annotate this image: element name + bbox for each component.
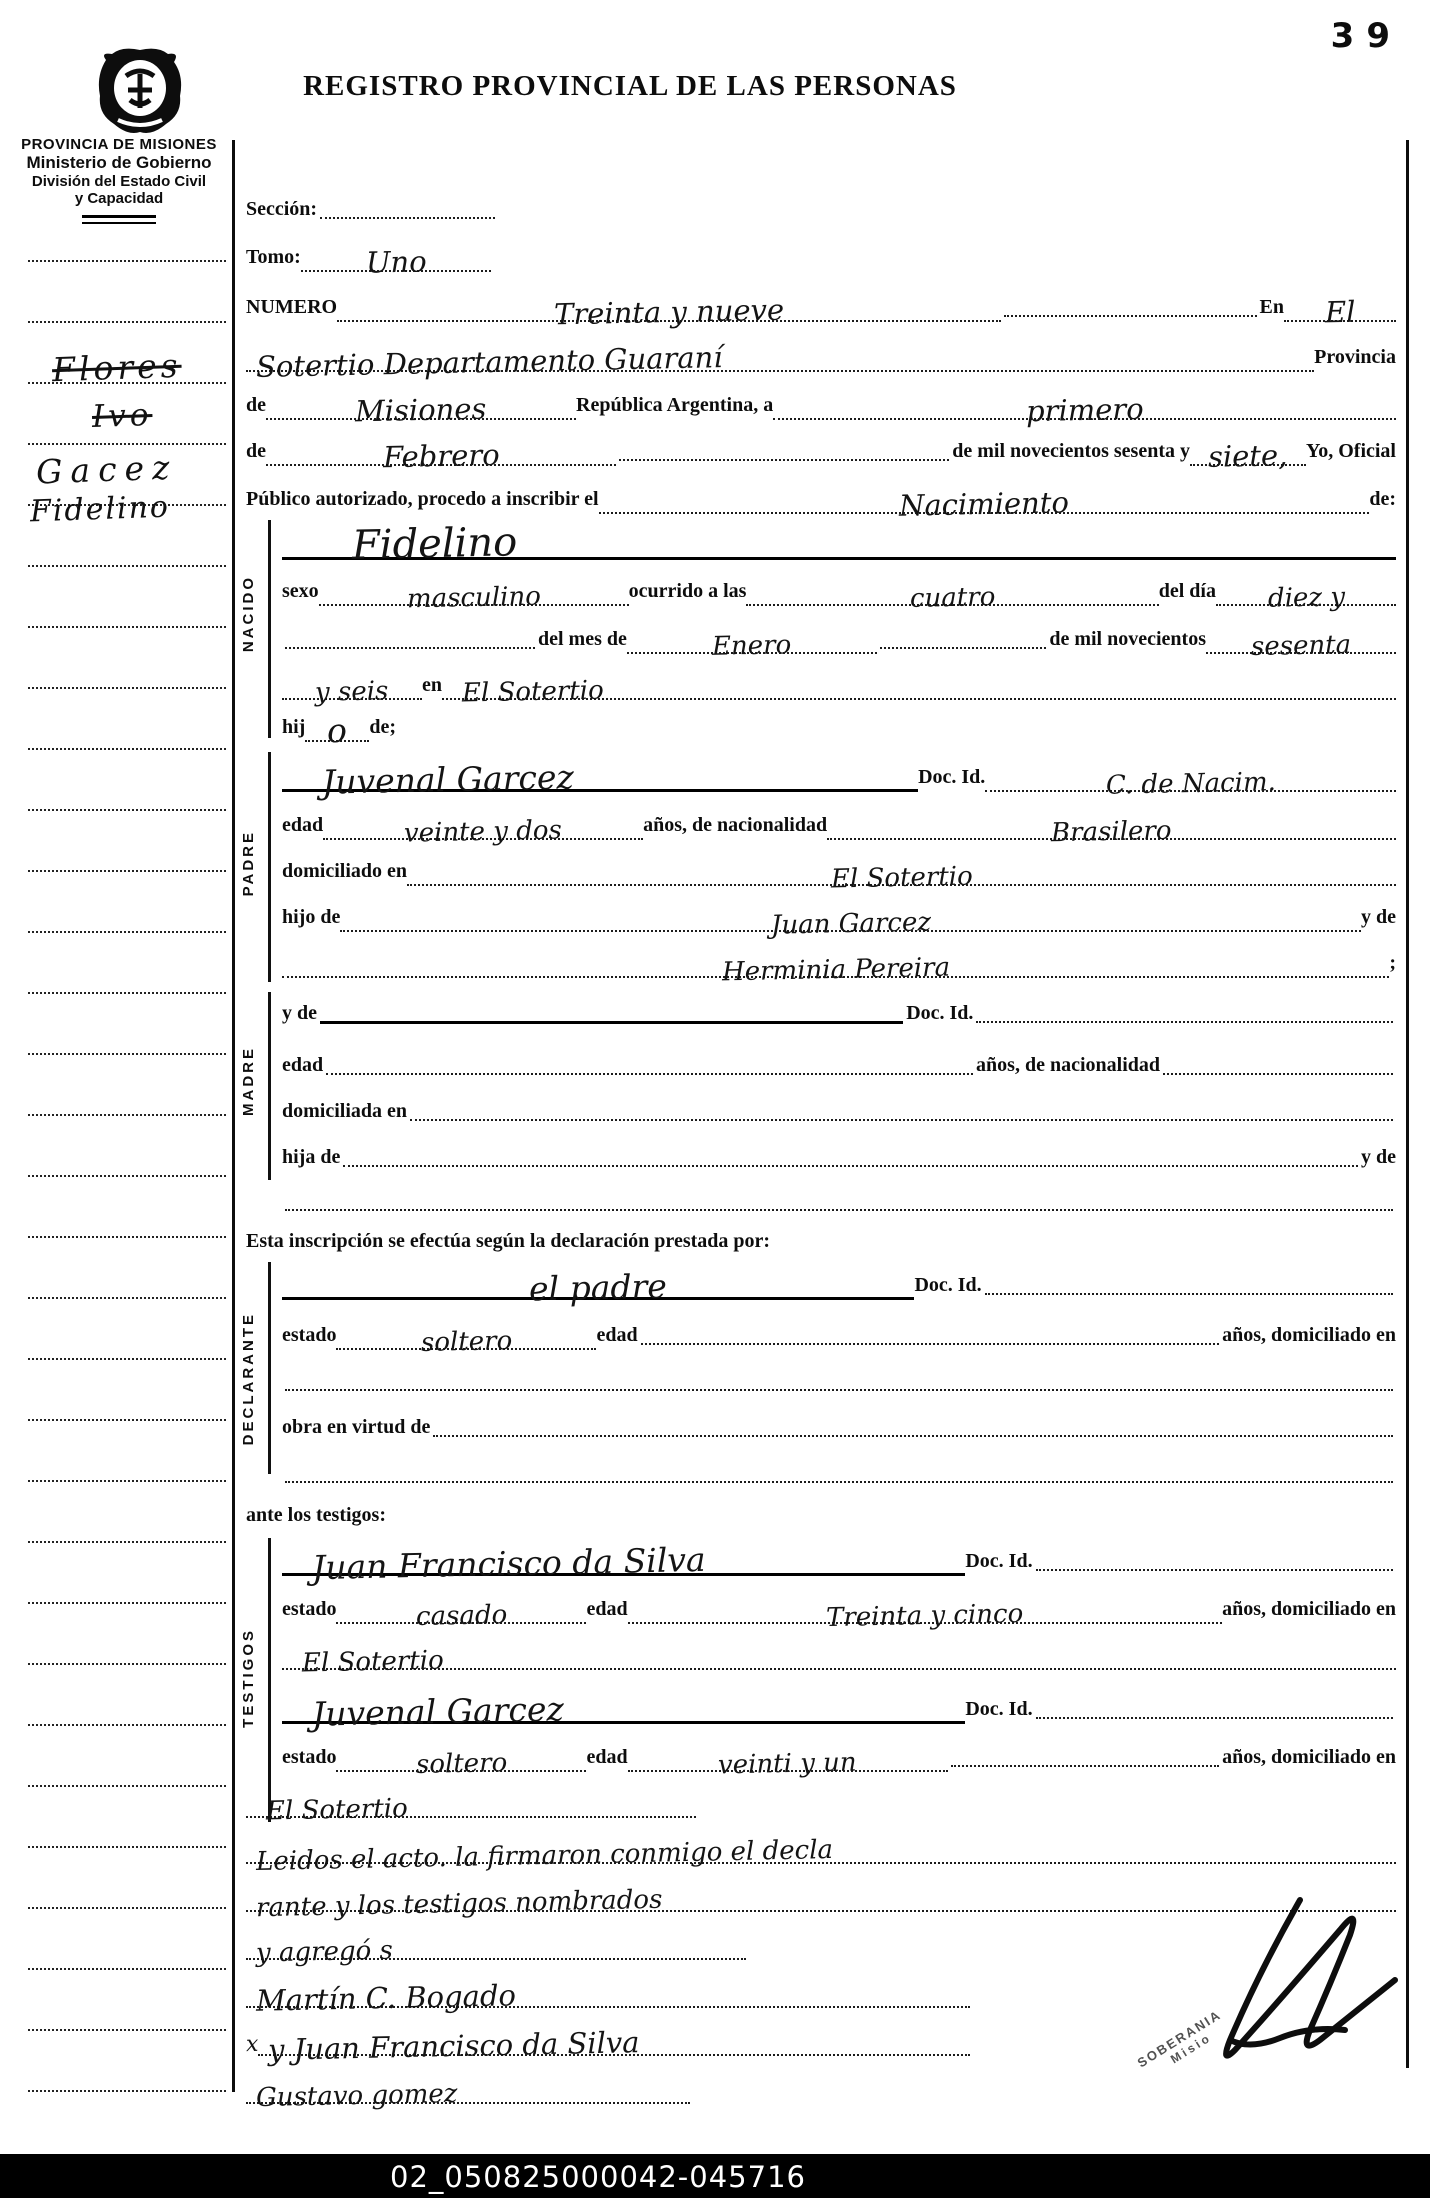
padre-nacionalidad-value: Brasilero [1051, 818, 1172, 847]
padre-domicilio-label: domiciliado en [282, 861, 407, 886]
dotted-line [433, 1433, 1393, 1437]
de-label2: de [246, 441, 266, 466]
firma1-value: Martín C. Bogado [256, 1981, 516, 2015]
madre-rule [268, 992, 271, 1180]
fecha-row: de Febrero de mil novecientos sesenta y … [246, 428, 1396, 466]
testigo1-edad-field: Treinta y cinco [628, 1603, 1223, 1624]
margin-dotted-line [28, 1785, 226, 1787]
padre-nacionalidad-field: Brasilero [827, 819, 1396, 840]
abuela-row: Herminia Pereira ; [282, 940, 1396, 978]
sexo-label: sexo [282, 581, 319, 606]
testigo2-estado-value: soltero [416, 1750, 508, 1778]
madre-name-line [320, 1019, 903, 1024]
letterhead-line3: División del Estado Civil [10, 173, 228, 190]
margin-dotted-line [28, 1175, 226, 1177]
left-frame-line [232, 140, 235, 2092]
madre-y-de2-label: y de [1361, 1147, 1396, 1172]
margin-dotted-line [28, 565, 226, 567]
de-mil-novecientos-label: de mil novecientos [1049, 629, 1206, 654]
firma2-row: x y Juan Francisco da Silva [246, 2018, 970, 2056]
margin-dotted-line [28, 687, 226, 689]
dotted-line [880, 645, 1046, 649]
testigos-intro-row: ante los testigos: [246, 1492, 1396, 1530]
margin-dotted-line [28, 931, 226, 933]
madre-edad-row: edad años, de nacionalidad [282, 1042, 1396, 1080]
de-label: de [246, 395, 266, 420]
madre-name-row: y de Doc. Id. [282, 988, 1396, 1028]
madre-domicilio-row: domiciliada en [282, 1088, 1396, 1126]
firma1-row: Martín C. Bogado [246, 1970, 970, 2008]
margin-name-flores: Flores [51, 346, 182, 389]
provincia-row: de Misiones República Argentina, a prime… [246, 382, 1396, 420]
margin-dotted-line [28, 1236, 226, 1238]
dotted-line [285, 645, 535, 649]
de-semi-label: de; [369, 717, 396, 742]
declarante-name-field: el padre [282, 1271, 914, 1300]
dia-value: primero [1025, 395, 1143, 426]
del-mes-label: del mes de [538, 629, 627, 654]
margin-dotted-line [28, 992, 226, 994]
registro-civil-scan: 39 REGISTRO PROVINCIAL DE LAS PERSONAS P… [0, 0, 1430, 2198]
lugar-nac-field: El Sotertio [442, 679, 1396, 700]
hora-value: cuatro [910, 584, 996, 612]
abuelo-row: hijo de Juan Garcez y de [282, 894, 1396, 932]
acto-row: Público autorizado, procedo a inscribir … [246, 476, 1396, 514]
testigo1-domicilio-value: El Sotertio [302, 1648, 444, 1677]
padre-name-row: Juvenal Garcez Doc. Id. C. de Nacim. [282, 748, 1396, 792]
del-dia-label: del día [1159, 581, 1216, 606]
padre-edad-row: edad veinte y dos años, de nacionalidad … [282, 802, 1396, 840]
testigo2-domiciliado-label: años, domiciliado en [1222, 1747, 1396, 1772]
obra-label: obra en virtud de [282, 1417, 430, 1442]
y-de-label: y de [1361, 907, 1396, 932]
padre-domicilio-field: El Sotertio [407, 865, 1396, 886]
departamento-field: Sotertio Departamento Guaraní [246, 348, 1314, 372]
margin-dotted-line [28, 1114, 226, 1116]
dotted-line [326, 1071, 973, 1075]
testigos-section-label: TESTIGOS [240, 1628, 257, 1728]
margin-dotted-line [28, 748, 226, 750]
page-number: 39 [1331, 16, 1402, 56]
madre-extra-row [282, 1178, 1396, 1216]
dia-nac-field: diez y [1216, 585, 1396, 606]
obra-extra-row [282, 1450, 1396, 1488]
declarante-section-label: DECLARANTE [240, 1312, 257, 1445]
margin-name-gacez: Gacez [35, 448, 178, 492]
testigo1-estado-label: estado [282, 1599, 336, 1624]
abuelo-value: Juan Garcez [770, 909, 931, 938]
dotted-line [410, 1117, 1393, 1121]
margin-dotted-line [28, 870, 226, 872]
testigo2-estado-row: estado soltero edad veinti y un años, do… [282, 1734, 1396, 1772]
abuelo-field: Juan Garcez [340, 911, 1361, 932]
cierre2-value: rante y los testigos nombrados [256, 1887, 663, 1922]
letterhead-line1: PROVINCIA DE MISIONES [10, 136, 228, 153]
tomo-field: Uno [301, 248, 491, 272]
testigo2-edad-field: veinti y un [628, 1751, 948, 1772]
margin-dotted-line [28, 626, 226, 628]
anio-nac-value: sesenta [1251, 632, 1352, 660]
padre-domicilio-row: domiciliado en El Sotertio [282, 848, 1396, 886]
departamento-row: Sotertio Departamento Guaraní Provincia [246, 334, 1396, 372]
nacido-name-row: Fidelino [282, 512, 1396, 560]
seccion-row: Sección: [246, 186, 1396, 224]
abuela-value: Herminia Pereira [721, 955, 950, 986]
padre-nacionalidad-label: años, de nacionalidad [643, 815, 827, 840]
testigo1-estado-row: estado casado edad Treinta y cinco años,… [282, 1586, 1396, 1624]
margin-dotted-line [28, 1968, 226, 1970]
provincia-value: Misiones [355, 395, 487, 427]
margin-dotted-line [28, 443, 226, 445]
declarante-rule [268, 1262, 271, 1474]
firma2-field: y Juan Francisco da Silva [258, 2032, 970, 2056]
padre-doc-label: Doc. Id. [918, 767, 985, 792]
declarante-extra-row [282, 1358, 1396, 1396]
coat-of-arms-seal-icon [92, 46, 188, 138]
cierre1-field: Leidos el acto. la firmaron conmigo el d… [246, 1843, 1396, 1864]
page-title: REGISTRO PROVINCIAL DE LAS PERSONAS [300, 70, 960, 103]
dia-nac-value: diez y [1267, 584, 1345, 612]
padre-section-label: PADRE [240, 830, 257, 896]
declarante-edad-label: edad [596, 1325, 637, 1350]
testigo2-edad-label: edad [586, 1747, 627, 1772]
testigo1-name-field: Juan Francisco da Silva [282, 1547, 965, 1576]
testigo1-estado-field: casado [336, 1603, 586, 1624]
hij-label: hij [282, 717, 305, 742]
margin-dotted-line [28, 321, 226, 323]
republica-label: República Argentina, a [576, 395, 773, 420]
nacido-rule [268, 520, 271, 738]
dotted-line [343, 1163, 1358, 1167]
dotted-line [985, 1291, 1393, 1295]
margin-dotted-line [28, 1480, 226, 1482]
firma3-value: Gustavo gomez [256, 2081, 458, 2111]
dotted-line [1036, 1567, 1393, 1571]
hijo-o-field: o [305, 714, 369, 742]
dotted-line [285, 1207, 1393, 1211]
margin-dotted-line [28, 1297, 226, 1299]
testigo1-domiciliado-label: años, domiciliado en [1222, 1599, 1396, 1624]
anio-nac2-value: y seis [315, 678, 389, 706]
seccion-label: Sección: [246, 199, 317, 224]
testigo1-estado-value: casado [416, 1602, 508, 1630]
padre-rule [268, 752, 271, 982]
testigo2-domicilio-value: El Sotertio [266, 1796, 408, 1825]
obra-row: obra en virtud de [282, 1404, 1396, 1442]
de-colon-label: de: [1369, 489, 1396, 514]
cierre-row1: Leidos el acto. la firmaron conmigo el d… [246, 1826, 1396, 1864]
sexo-field: masculino [319, 585, 629, 606]
declaracion-label: Esta inscripción se efectúa según la dec… [246, 1231, 770, 1256]
margin-dotted-line [28, 1358, 226, 1360]
declarante-estado-row: estado soltero edad años, domiciliado en [282, 1312, 1396, 1350]
lugar-nac-value: El Sotertio [462, 678, 604, 707]
declarante-doc-label: Doc. Id. [914, 1275, 981, 1300]
departamento-value: Sotertio Departamento Guaraní [256, 343, 723, 382]
provincia-label: Provincia [1314, 347, 1396, 372]
margin-dotted-line [28, 809, 226, 811]
publico-label: Público autorizado, procedo a inscribir … [246, 489, 599, 514]
margin-dotted-line [28, 1846, 226, 1848]
firma1-field: Martín C. Bogado [246, 1984, 970, 2008]
numero-row: NUMERO Treinta y nueve En El [246, 284, 1396, 322]
letterhead-divider [82, 215, 156, 224]
madre-hija-row: hija de y de [282, 1134, 1396, 1172]
hijo-o-value: o [327, 714, 348, 747]
right-frame-line [1406, 140, 1409, 2068]
testigo2-domicilio-row: El Sotertio [246, 1780, 1396, 1818]
margin-dotted-line [28, 1541, 226, 1543]
anio-nac2-field: y seis [282, 679, 422, 700]
ocurrido-label: ocurrido a las [629, 581, 747, 606]
dotted-line [285, 1479, 1393, 1483]
tomo-label: Tomo: [246, 247, 301, 272]
mes-value: Febrero [382, 441, 499, 472]
declarante-name-value: el padre [529, 1270, 667, 1306]
margin-name-ivo: Ivo [91, 397, 153, 435]
en-value: El [1324, 298, 1355, 328]
dotted-line [1036, 1715, 1393, 1719]
en-label: En [1260, 297, 1284, 322]
testigo1-edad-label: edad [586, 1599, 627, 1624]
padre-name-field: Juvenal Garcez [282, 763, 918, 792]
testigo1-name-value: Juan Francisco da Silva [312, 1543, 706, 1584]
testigo1-domicilio-row: El Sotertio [282, 1632, 1396, 1670]
margin-name-fidelino: Fidelino [29, 490, 170, 530]
cierre1-value: Leidos el acto. la firmaron conmigo el d… [256, 1837, 833, 1875]
testigo2-name-row: Juvenal Garcez Doc. Id. [282, 1678, 1396, 1724]
cross-mark: x [246, 2034, 259, 2056]
margin-dotted-line [28, 260, 226, 262]
declarante-estado-value: soltero [421, 1328, 513, 1356]
madre-domicilio-label: domiciliada en [282, 1101, 407, 1126]
dotted-line [285, 1387, 1393, 1391]
padre-domicilio-value: El Sotertio [830, 864, 972, 893]
en-lc-label: en [422, 675, 442, 700]
dotted-line [619, 457, 949, 461]
testigo2-doc-label: Doc. Id. [965, 1699, 1032, 1724]
tomo-value: Uno [365, 247, 426, 277]
yo-oficial-label: Yo, Oficial [1306, 441, 1396, 466]
cierre3-value: y agregó s [256, 1938, 393, 1967]
testigo2-estado-field: soltero [336, 1751, 586, 1772]
madre-section-label: MADRE [240, 1046, 257, 1116]
declaracion-row: Esta inscripción se efectúa según la dec… [246, 1218, 1396, 1256]
padre-edad-value: veinte y dos [404, 817, 562, 846]
en-field: El [1284, 298, 1396, 322]
margin-dotted-line [28, 1602, 226, 1604]
testigo1-edad-value: Treinta y cinco [826, 1601, 1024, 1631]
scan-reference-code: 02_050825000042-045716 [390, 2160, 806, 2194]
nacido-section-label: NACIDO [240, 575, 257, 652]
scan-bottom-bar: 02_050825000042-045716 [0, 2154, 1430, 2198]
padre-doc-value: C. de Nacim. [1105, 769, 1275, 799]
semicolon-label: ; [1389, 953, 1396, 978]
mes-field: Febrero [266, 442, 616, 466]
hijo-de-label: hijo de [282, 907, 340, 932]
provincia-field: Misiones [266, 396, 576, 420]
novecientos-label: de mil novecientos sesenta y [952, 441, 1190, 466]
madre-y-de-label: y de [282, 1003, 317, 1028]
padre-edad-label: edad [282, 815, 323, 840]
margin-dotted-line [28, 1663, 226, 1665]
testigo2-estado-label: estado [282, 1747, 336, 1772]
hija-de-label: hija de [282, 1147, 340, 1172]
sexo-row: sexo masculino ocurrido a las cuatro del… [282, 568, 1396, 606]
declarante-domiciliado-label: años, domiciliado en [1222, 1325, 1396, 1350]
declarante-estado-label: estado [282, 1325, 336, 1350]
letterhead-line4: y Capacidad [10, 190, 228, 207]
mes-nac-value: Enero [712, 632, 792, 660]
lugar-nac-row: y seis en El Sotertio [282, 662, 1396, 700]
testigo2-name-value: Juvenal Garcez [312, 1692, 564, 1730]
dotted-line [641, 1341, 1220, 1345]
testigo1-domicilio-field: El Sotertio [282, 1649, 1396, 1670]
dotted-line [1004, 313, 1257, 317]
acto-field: Nacimiento [599, 490, 1370, 514]
testigo2-domicilio-field: El Sotertio [246, 1797, 696, 1818]
dotted-line [1163, 1071, 1393, 1075]
dia-field: primero [773, 396, 1396, 420]
firma3-row: Gustavo gomez [246, 2066, 690, 2104]
margin-dotted-line [28, 2090, 226, 2092]
tomo-row: Tomo: Uno [246, 234, 1396, 272]
margin-dotted-line [28, 1419, 226, 1421]
margin-dotted-line [28, 1907, 226, 1909]
dotted-line [951, 1763, 1220, 1767]
anio-field: siete, [1190, 442, 1306, 466]
hijo-de-row: hij o de; [282, 704, 1396, 742]
dotted-line [976, 1019, 1393, 1023]
dotted-line [320, 215, 495, 219]
padre-name-value: Juvenal Garcez [322, 760, 574, 798]
numero-field: Treinta y nueve [337, 298, 1001, 322]
numero-label: NUMERO [246, 297, 337, 322]
madre-nacionalidad-label: años, de nacionalidad [976, 1055, 1160, 1080]
margin-dotted-line [28, 2029, 226, 2031]
abuela-field: Herminia Pereira [282, 957, 1389, 978]
mes-nac-field: Enero [627, 633, 877, 654]
anio-value: siete, [1208, 441, 1288, 472]
ante-testigos-label: ante los testigos: [246, 1505, 386, 1530]
testigo1-name-row: Juan Francisco da Silva Doc. Id. [282, 1530, 1396, 1576]
padre-edad-field: veinte y dos [323, 819, 643, 840]
padre-doc-field: C. de Nacim. [985, 771, 1396, 792]
firma3-field: Gustavo gomez [246, 2083, 690, 2104]
declarante-name-row: el padre Doc. Id. [282, 1256, 1396, 1300]
firma2-value: y Juan Francisco da Silva [268, 2028, 640, 2065]
letterhead: PROVINCIA DE MISIONES Ministerio de Gobi… [10, 136, 228, 224]
cierre3-field: y agregó s [246, 1939, 746, 1960]
margin-dotted-line [28, 1053, 226, 1055]
madre-doc-label: Doc. Id. [906, 1003, 973, 1028]
testigo1-doc-label: Doc. Id. [965, 1551, 1032, 1576]
nacido-name-value: Fidelino [352, 522, 518, 565]
sexo-value: masculino [406, 584, 540, 613]
anio-nac-field: sesenta [1206, 633, 1396, 654]
letterhead-line2: Ministerio de Gobierno [10, 153, 228, 173]
mes-nac-row: del mes de Enero de mil novecientos sese… [282, 616, 1396, 654]
numero-value: Treinta y nueve [554, 296, 785, 330]
testigo2-name-field: Juvenal Garcez [282, 1695, 965, 1724]
madre-edad-label: edad [282, 1055, 323, 1080]
nacido-name-field: Fidelino [282, 524, 1396, 560]
margin-dotted-line [28, 1724, 226, 1726]
hora-field: cuatro [746, 585, 1158, 606]
testigo2-edad-value: veinti y un [718, 1750, 857, 1779]
declarante-estado-field: soltero [336, 1329, 596, 1350]
